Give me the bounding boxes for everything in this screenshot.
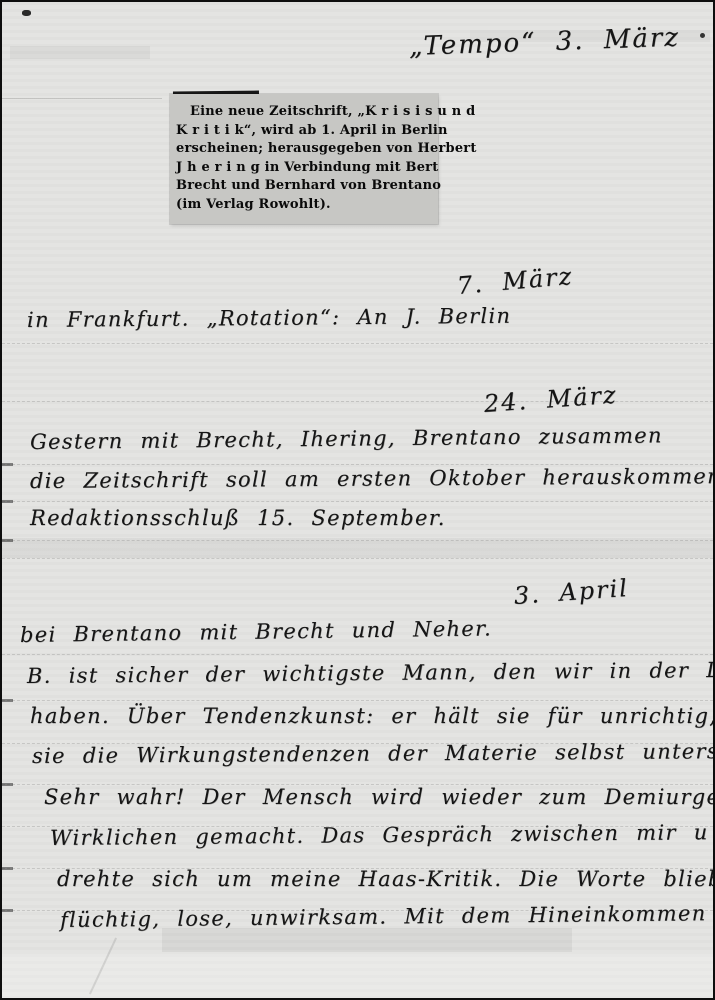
scan-artifact-band bbox=[10, 46, 150, 59]
ruled-line bbox=[2, 343, 713, 344]
ruled-line bbox=[2, 558, 713, 559]
handwritten-line: drehte sich um meine Haas-Kritik. Die Wo… bbox=[57, 867, 715, 891]
scan-artifact-band bbox=[2, 538, 715, 558]
ruled-line bbox=[2, 540, 713, 541]
handwritten-date: 3. April bbox=[513, 574, 630, 610]
clipping-line: Eine neue Zeitschrift, „K r i s i s u n … bbox=[176, 103, 434, 122]
ruled-line bbox=[2, 501, 713, 502]
handwritten-line: B. ist sicher der wichtigste Mann, den w… bbox=[27, 657, 715, 688]
ruled-line bbox=[2, 700, 713, 701]
handwritten-line: Gestern mit Brecht, Ihering, Brentano zu… bbox=[30, 423, 663, 454]
handwritten-date: 7. März bbox=[456, 262, 575, 300]
handwritten-line: Redaktionsschluß 15. September. bbox=[30, 506, 446, 530]
handwritten-line: Wirklichen gemacht. Das Gespräch zwische… bbox=[50, 819, 715, 850]
ruled-line bbox=[2, 654, 713, 655]
handwritten-line: flüchtig, lose, unwirksam. Mit dem Hinei… bbox=[60, 901, 707, 932]
clipping-line: K r i t i k“, wird ab 1. April in Berlin bbox=[176, 122, 434, 141]
scan-artifact-band bbox=[2, 954, 715, 1000]
scan-artifact-band bbox=[162, 928, 572, 952]
handwritten-line: Sehr wahr! Der Mensch wird wieder zum De… bbox=[44, 785, 715, 809]
ink-speck bbox=[700, 33, 705, 38]
handwritten-header-note: „Tempo“ 3. März bbox=[408, 23, 680, 62]
clipping-line: Brecht und Bernhard von Brentano bbox=[176, 177, 434, 196]
handwritten-line: die Zeitschrift soll am ersten Oktober h… bbox=[30, 464, 715, 493]
clipping-line: erscheinen; herausgegeben von Herbert bbox=[176, 140, 434, 159]
clipping-line: (im Verlag Rowohlt). bbox=[176, 196, 434, 215]
clipping-line: J h e r i n g in Verbindung mit Bert bbox=[176, 159, 434, 178]
scanned-diary-page: „Tempo“ 3. März Eine neue Zeitschrift, „… bbox=[0, 0, 715, 1000]
handwritten-line: in Frankfurt. „Rotation“: An J. Berlin bbox=[27, 304, 511, 332]
ink-speck bbox=[22, 10, 31, 16]
ruled-line bbox=[2, 98, 162, 99]
handwritten-line: bei Brentano mit Brecht und Neher. bbox=[20, 616, 492, 647]
handwritten-line: sie die Wirkungstendenzen der Materie se… bbox=[32, 739, 715, 768]
handwritten-date: 24. März bbox=[483, 381, 618, 418]
news-clipping: Eine neue Zeitschrift, „K r i s i s u n … bbox=[170, 94, 438, 224]
handwritten-line: haben. Über Tendenzkunst: er hält sie fü… bbox=[30, 704, 715, 728]
scan-scratch-mark bbox=[89, 937, 117, 994]
